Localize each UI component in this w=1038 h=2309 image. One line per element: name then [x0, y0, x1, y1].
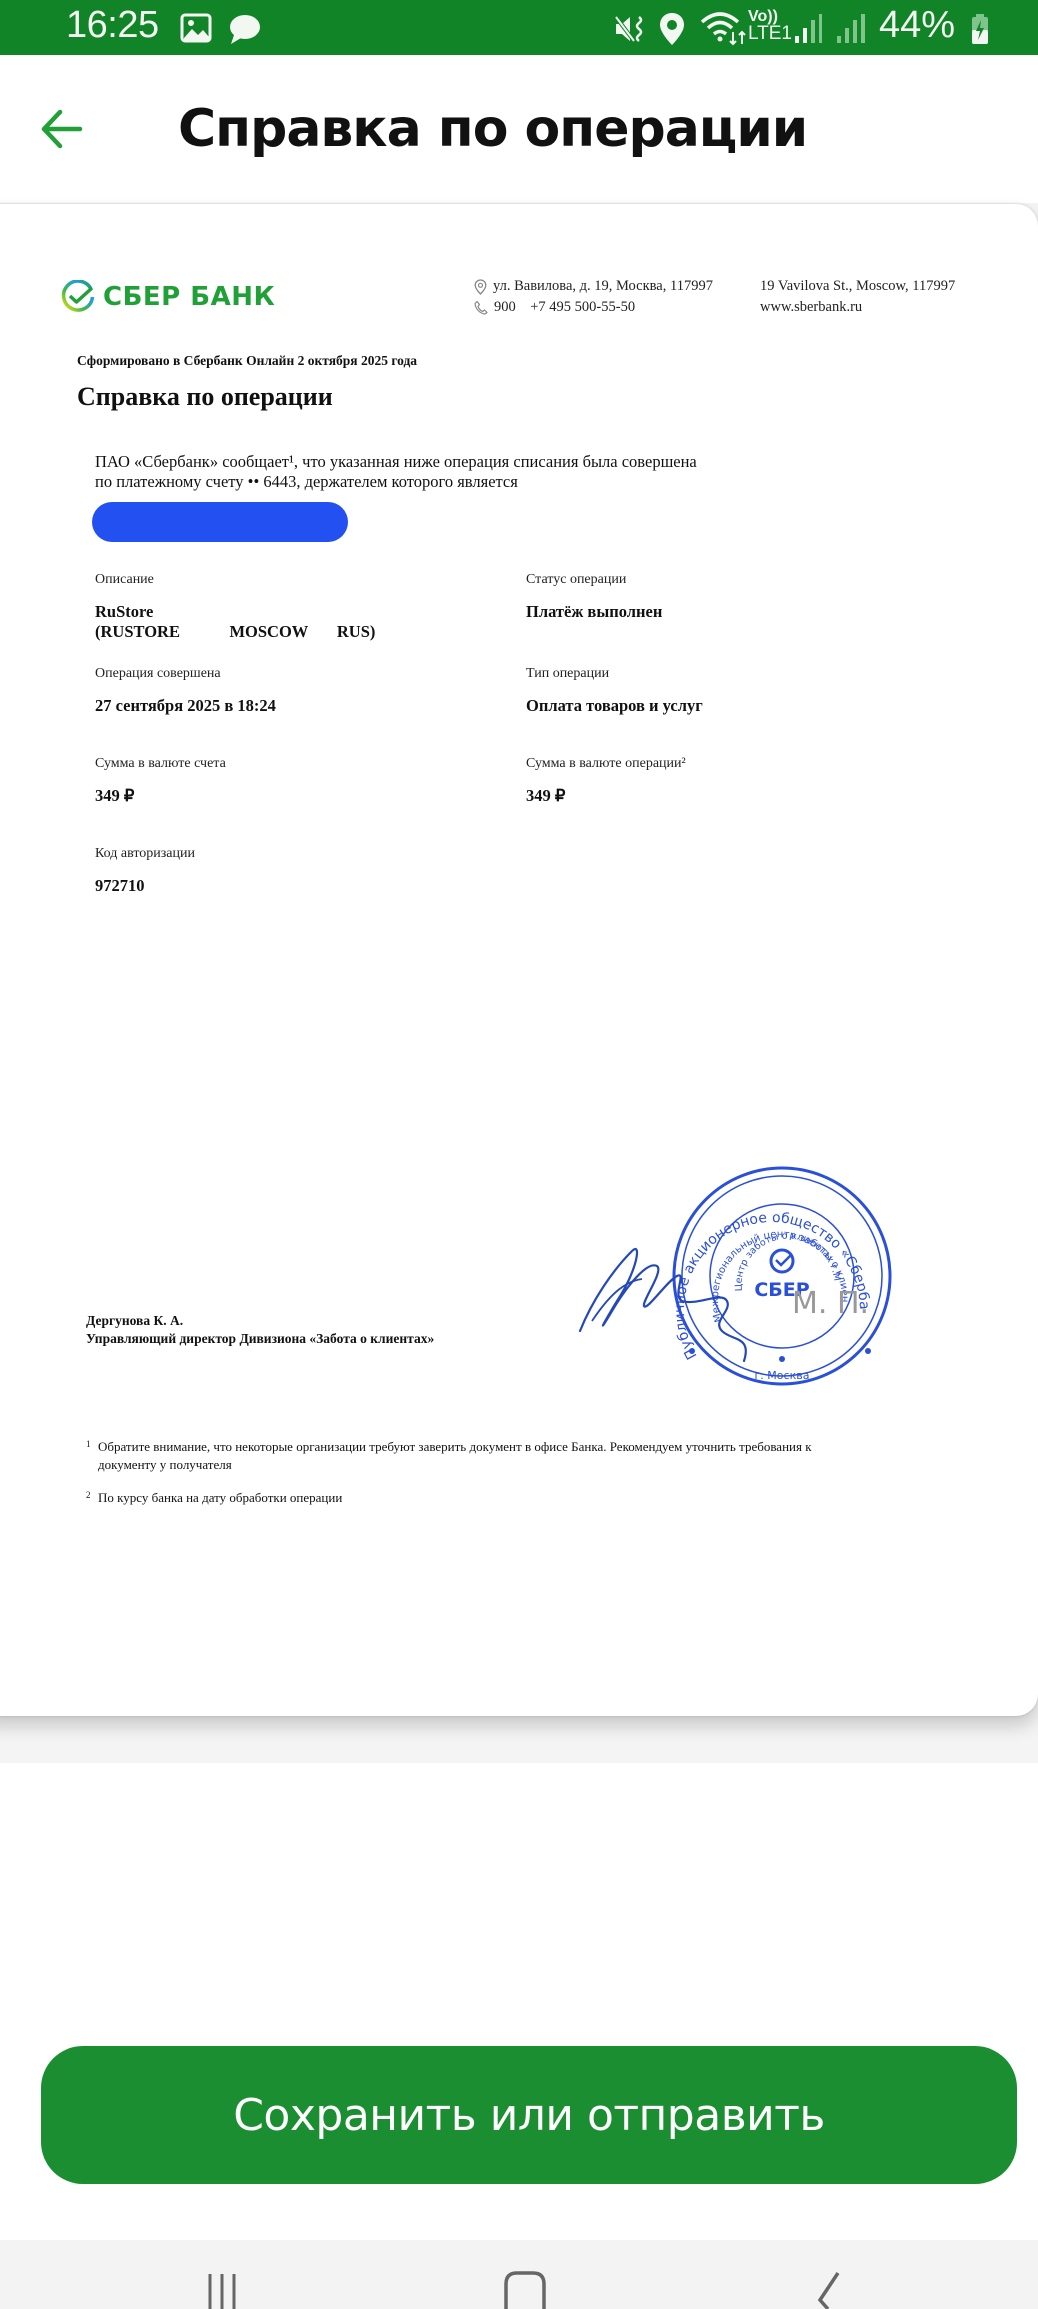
- phone-icon: [474, 300, 488, 315]
- document-title: Справка по операции: [77, 382, 333, 412]
- footnote-mark: 2: [86, 1486, 91, 1504]
- stamp-city: г. Москва: [755, 1369, 810, 1382]
- system-nav-bar: [0, 2240, 1038, 2309]
- footnote-text: По курсу банка на дату обработки операци…: [98, 1490, 342, 1505]
- contacts-en: 19 Vavilova St., Moscow, 117997 www.sber…: [760, 276, 955, 318]
- wifi-icon: [700, 12, 750, 46]
- message-icon: [228, 13, 262, 45]
- footnotes: 1 Обратите внимание, что некоторые орган…: [86, 1438, 846, 1522]
- field-label: Сумма в валюте счета: [95, 756, 226, 772]
- field-date: Операция совершена 27 сентября 2025 в 18…: [95, 666, 276, 716]
- app-bar: Справка по операции: [0, 55, 1038, 203]
- status-bar: 16:25 Vo)) LTE1: [0, 0, 1038, 55]
- field-type: Тип операции Оплата товаров и услуг: [526, 666, 703, 716]
- gallery-icon: [180, 13, 212, 43]
- field-value: 972710: [95, 876, 195, 896]
- sber-check-icon: [61, 280, 95, 314]
- stamp-and-signature: Публичное акционерное общество «Сбербанк…: [572, 1161, 892, 1401]
- footnote-text: Обратите внимание, что некоторые организ…: [98, 1439, 812, 1472]
- field-label: Тип операции: [526, 666, 703, 682]
- arrow-left-icon: [36, 101, 92, 157]
- seal-mark: М. П.: [792, 1286, 869, 1321]
- phone-ru: 900 +7 495 500-55-50: [494, 297, 635, 318]
- footnote: 1 Обратите внимание, что некоторые орган…: [86, 1438, 846, 1474]
- website: www.sberbank.ru: [760, 297, 862, 318]
- back-icon[interactable]: [812, 2270, 846, 2309]
- signal-2-icon: [836, 14, 866, 44]
- signer-block: Дергунова К. А. Управляющий директор Див…: [86, 1312, 434, 1348]
- field-value: 349 ₽: [95, 786, 226, 806]
- sberbank-logo: СБЕР БАНК: [61, 280, 275, 314]
- address-en: 19 Vavilova St., Moscow, 117997: [760, 276, 955, 297]
- recent-apps-icon[interactable]: [202, 2270, 242, 2309]
- field-value: 27 сентября 2025 в 18:24: [95, 696, 276, 716]
- field-sum-operation: Сумма в валюте операции² 349 ₽: [526, 756, 686, 806]
- intro-text: ПАО «Сбербанк» сообщает¹, что указанная …: [95, 452, 715, 492]
- footnote: 2 По курсу банка на дату обработки опера…: [86, 1489, 846, 1507]
- address-ru: ул. Вавилова, д. 19, Москва, 117997: [493, 276, 713, 297]
- field-value: Оплата товаров и услуг: [526, 696, 703, 716]
- signal-1-icon: [794, 14, 822, 44]
- mute-vibrate-icon: [614, 14, 648, 44]
- field-label: Код авторизации: [95, 846, 195, 862]
- contacts-ru: ул. Вавилова, д. 19, Москва, 117997 900 …: [474, 276, 713, 318]
- lte-label: LTE1: [748, 25, 788, 42]
- logo-text: СБЕР БАНК: [103, 282, 275, 312]
- field-label: Описание: [95, 572, 375, 588]
- field-value: RuStore (RUSTORE MOSCOW RUS): [95, 602, 375, 642]
- save-or-send-button[interactable]: Сохранить или отправить: [41, 2046, 1017, 2184]
- back-button[interactable]: [36, 101, 92, 157]
- field-value: 349 ₽: [526, 786, 686, 806]
- location-icon: [659, 12, 685, 46]
- field-description: Описание RuStore (RUSTORE MOSCOW RUS): [95, 572, 375, 642]
- field-auth-code: Код авторизации 972710: [95, 846, 195, 896]
- volte-lte1-icon: Vo)) LTE1: [748, 8, 788, 42]
- field-status: Статус операции Платёж выполнен: [526, 572, 662, 622]
- signer-name: Дергунова К. А.: [86, 1312, 434, 1330]
- battery-charging-icon: [971, 14, 989, 44]
- document-preview[interactable]: СБЕР БАНК ул. Вавилова, д. 19, Москва, 1…: [0, 204, 1038, 1716]
- field-sum-account: Сумма в валюте счета 349 ₽: [95, 756, 226, 806]
- home-icon[interactable]: [502, 2270, 548, 2309]
- redaction-mark: [92, 502, 348, 542]
- page-title: Справка по операции: [178, 99, 807, 159]
- field-label: Статус операции: [526, 572, 662, 588]
- battery-percent: 44%: [879, 4, 955, 47]
- field-label: Сумма в валюте операции²: [526, 756, 686, 772]
- footnote-mark: 1: [86, 1435, 91, 1453]
- stamp-icon: Публичное акционерное общество «Сбербанк…: [572, 1161, 892, 1401]
- location-pin-icon: [474, 279, 487, 295]
- signer-position: Управляющий директор Дивизиона «Забота о…: [86, 1330, 434, 1348]
- field-label: Операция совершена: [95, 666, 276, 682]
- status-value: Платёж выполнен: [526, 602, 662, 622]
- generated-note: Сформировано в Сбербанк Онлайн 2 октября…: [77, 353, 417, 369]
- status-time: 16:25: [66, 4, 159, 47]
